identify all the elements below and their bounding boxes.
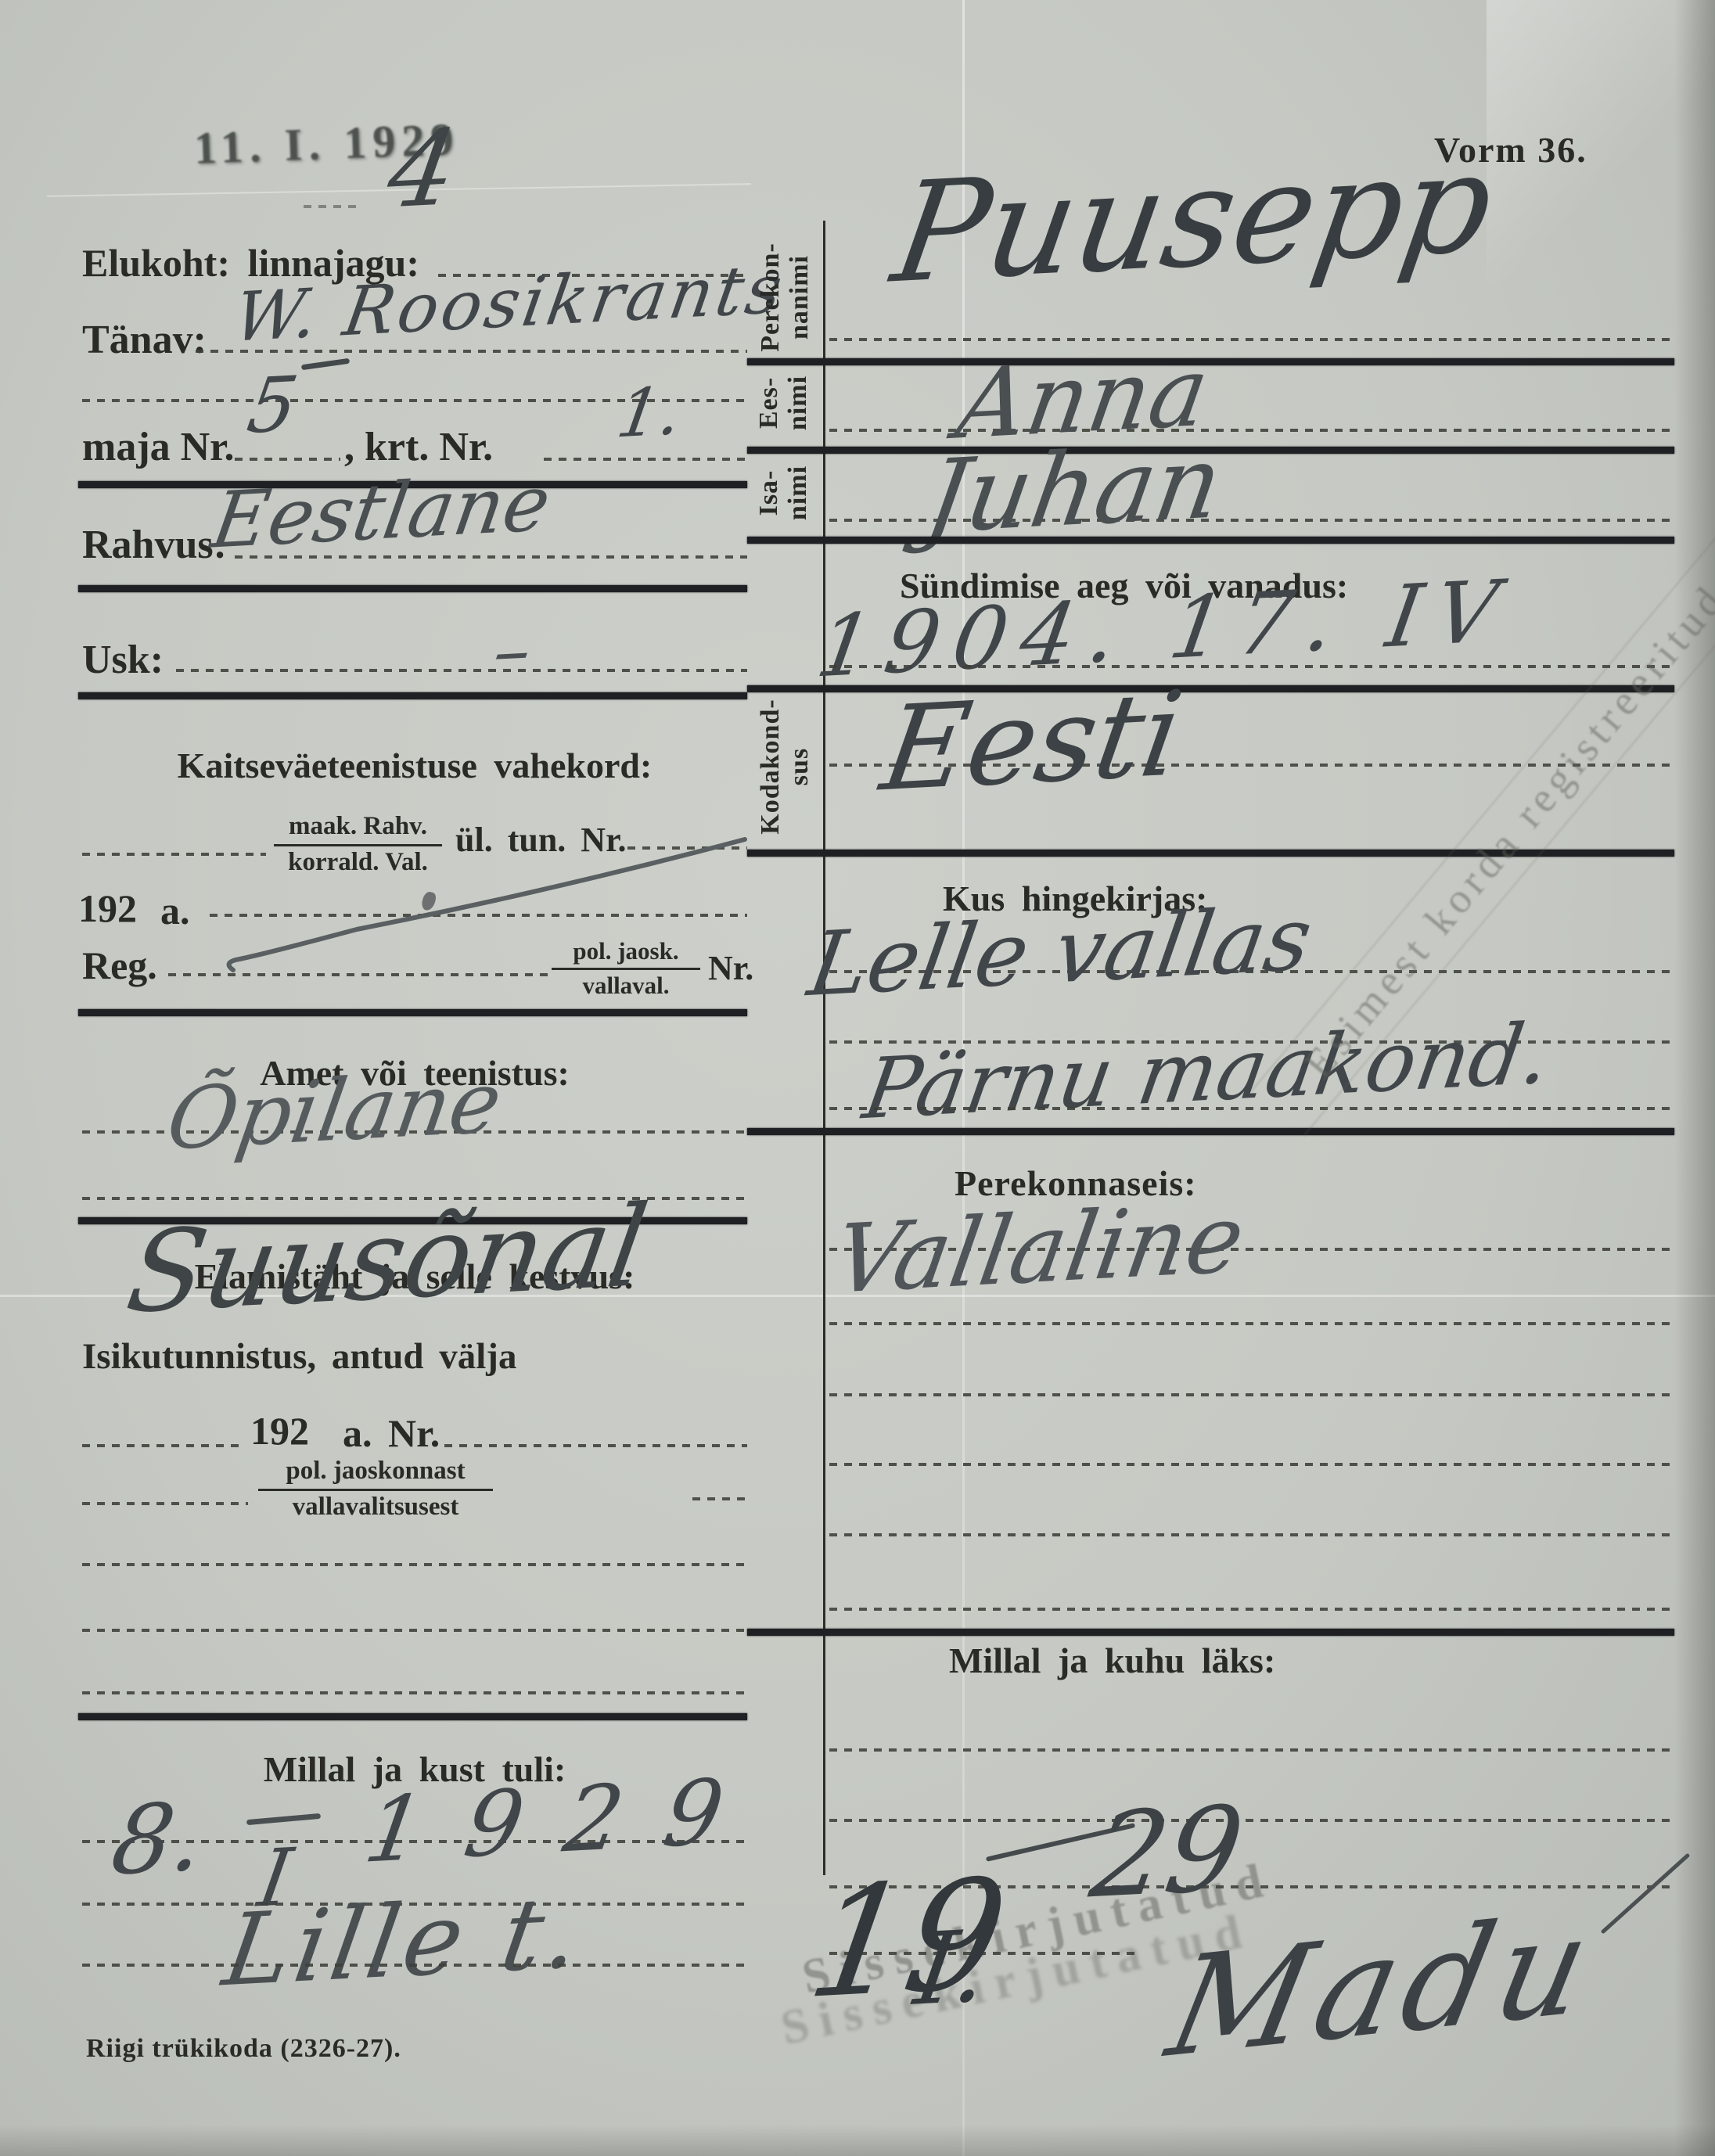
reg-label: Reg.: [82, 943, 157, 988]
arrival-year-handwriting: 1929: [358, 1757, 774, 1883]
blank-line-2: [82, 1629, 747, 1632]
divider-line: [747, 1629, 1674, 1636]
surname-vertical-label: Perekon- nanimi: [754, 235, 817, 359]
citizenship-handwriting: Eesti: [874, 666, 1191, 817]
column-divider: [823, 221, 825, 1875]
fathername-label-line1: Isa-: [755, 470, 784, 516]
house-number-overline: [301, 358, 350, 371]
marital-line-3: [829, 1393, 1670, 1396]
surname-label-line2: nanimi: [786, 255, 814, 340]
divider-line: [78, 1009, 747, 1016]
departure-heading: Millal ja kuhu läks:: [949, 1640, 1275, 1681]
nationality-label: Rahvus:: [82, 522, 227, 568]
parish-handwriting-1: Lelle vallas: [802, 888, 1318, 1017]
vallaval-label: vallaval.: [552, 970, 700, 1000]
police-district-fraction: pol. jaosk. vallaval.: [552, 937, 700, 999]
issuer-fraction: pol. jaoskonnast vallavalitsusest: [258, 1457, 493, 1522]
year-192-label: 192: [78, 886, 137, 931]
arrival-line-3: [82, 1964, 747, 1967]
blank-line-1: [82, 1563, 747, 1566]
issuer-line-right: [692, 1497, 747, 1500]
identity-year-192-label: 192: [250, 1408, 309, 1454]
bottom-year2-handwriting: 29: [1083, 1780, 1252, 1924]
identity-year-a-nr-label: a. Nr.: [343, 1410, 440, 1456]
citizenship-label-line2: sus: [786, 748, 814, 785]
parish-line-3: [829, 1107, 1670, 1110]
identity-year-line-left: [82, 1444, 243, 1447]
marital-status-handwriting: Vallaline: [827, 1184, 1251, 1316]
house-number-label: maja Nr.: [82, 424, 235, 470]
military-service-heading: Kaitseväeteenistuse vahekord:: [82, 745, 747, 786]
signature-flourish: [1601, 1852, 1691, 1934]
firstname-label-line1: Ees-: [755, 377, 784, 429]
arrival-day-handwriting: 8.: [105, 1782, 212, 1896]
month-overline: [246, 1813, 321, 1825]
identity-year-line-right: [444, 1444, 747, 1447]
divider-line: [747, 1128, 1674, 1135]
divider-line: [78, 585, 747, 592]
right-edge-shadow: [1674, 0, 1715, 2156]
pol-jaoskonnast-label: pol. jaoskonnast: [258, 1457, 493, 1491]
religion-line: [176, 669, 747, 672]
identity-card-label: Isikutunnistus, antud välja: [82, 1335, 516, 1378]
divider-line: [78, 692, 747, 699]
house-number-handwriting: 5: [242, 360, 304, 451]
parish-handwriting-2: Pärnu maakond.: [857, 1004, 1557, 1137]
stamp-underline-dots: [304, 205, 360, 208]
bottom-edge-shadow: [0, 2125, 1715, 2156]
divider-line: [747, 685, 1674, 692]
street-label: Tänav:: [82, 317, 207, 363]
reg-line: [168, 973, 548, 976]
nationality-handwriting: Eestlane: [206, 458, 556, 566]
birthdate-line: [829, 665, 1670, 668]
divider-line: [78, 1713, 747, 1720]
citizenship-vertical-label: Kodakond- sus: [755, 697, 816, 836]
house-number-line: [235, 458, 340, 461]
marital-line-5: [829, 1533, 1670, 1536]
arrival-place-handwriting: Lille t.: [217, 1874, 593, 2008]
residence-permit-handwriting: Suusõnal: [119, 1181, 656, 1339]
registration-card-scan: 11. I. 1929 4 Vorm 36. Elukoht: linnajag…: [0, 0, 1715, 2156]
occupation-handwriting: Õpilane: [160, 1053, 508, 1169]
vallavalitsusest-label: vallavalitsusest: [258, 1491, 493, 1522]
firstname-vertical-label: Ees- nimi: [753, 360, 814, 446]
marital-line-6: [829, 1608, 1670, 1611]
citizenship-label-line1: Kodakond-: [757, 699, 786, 834]
apartment-number-handwriting: 1.: [612, 372, 687, 452]
surname-line: [829, 338, 1670, 341]
religion-handwriting: –: [487, 607, 537, 693]
printer-note: Riigi trükikoda (2326-27).: [86, 2034, 401, 2064]
religion-label: Usk:: [82, 637, 164, 683]
fathername-vertical-label: Isa- nimi: [753, 450, 814, 536]
marital-line-4: [829, 1463, 1670, 1466]
year-a-label: a.: [160, 888, 190, 933]
apartment-number-line: [544, 458, 747, 461]
departure-line-2: [829, 1819, 1670, 1822]
blank-line-3: [82, 1691, 747, 1694]
firstname-label-line2: nimi: [784, 376, 813, 430]
marital-line-2: [829, 1322, 1670, 1325]
fathername-label-line2: nimi: [784, 465, 813, 520]
issuer-line-left: [82, 1502, 248, 1505]
surname-label-line1: Perekon-: [757, 243, 786, 352]
pol-jaosk-label: pol. jaosk.: [552, 937, 700, 970]
divider-line: [747, 537, 1674, 544]
surname-handwriting: Puusepp: [883, 123, 1503, 314]
departure-line-1: [829, 1748, 1670, 1752]
reg-nr-label: Nr.: [708, 948, 753, 988]
